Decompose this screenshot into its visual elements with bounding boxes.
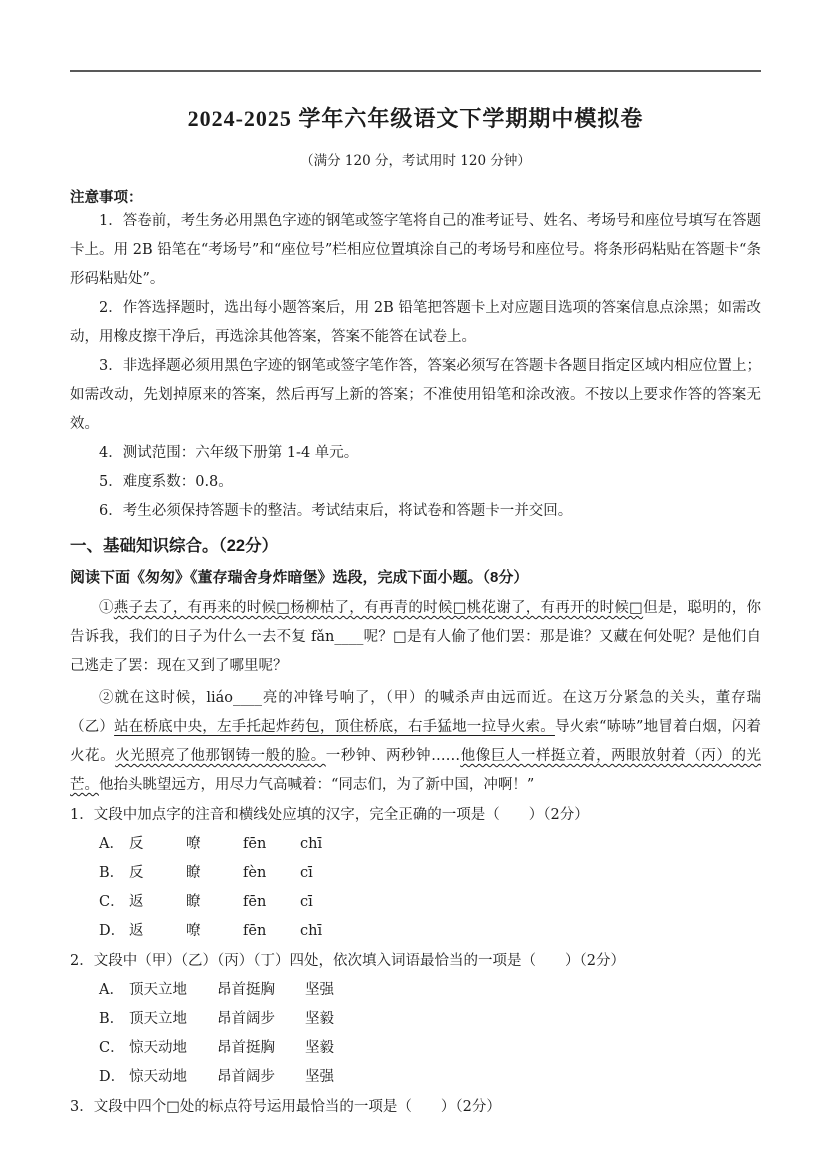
exam-subtitle: （满分 120 分，考试用时 120 分钟） xyxy=(70,149,761,169)
option-part: 嘹 xyxy=(186,917,243,946)
option-part: 瞭 xyxy=(186,859,243,888)
option-part: 惊天动地 xyxy=(129,1063,217,1092)
option-part: 顶天立地 xyxy=(129,1005,217,1034)
option-part: cī xyxy=(300,859,357,888)
option-part: fèn xyxy=(243,859,300,888)
option-part: 嘹 xyxy=(186,830,243,859)
para2-text-3: 一秒钟、两秒钟…… xyxy=(326,748,460,764)
option-label: B． xyxy=(99,859,129,888)
option-label: D． xyxy=(99,917,129,946)
section-heading: 一、基础知识综合。（22分） xyxy=(70,532,761,556)
notice-item-6: 6．考生必须保持答题卡的整洁。考试结束后，将试卷和答题卡一并交回。 xyxy=(70,497,761,526)
option-part: 昂首阔步 xyxy=(217,1063,305,1092)
option-part: 返 xyxy=(129,888,186,917)
notice-item-2: 2．作答选择题时，选出每小题答案后，用 2B 铅笔把答题卡上对应题目选项的答案信… xyxy=(70,294,761,352)
notice-item-3: 3．非选择题必须用黑色字迹的钢笔或签字笔作答，答案必须写在答题卡各题目指定区域内… xyxy=(70,352,761,439)
question-1-option-a: A．反嘹fēnchī xyxy=(99,830,761,859)
para1-wavy-underlined-text: 燕子去了，有再来的时候□杨柳枯了，有再青的时候□桃花谢了，有再开的时候□ xyxy=(114,600,643,616)
option-part: fēn xyxy=(243,917,300,946)
passage-paragraph-2: ②就在这时候，liáo____亮的冲锋号响了，（甲）的喊杀声由远而近。在这万分紧… xyxy=(70,684,761,800)
question-2-option-c: C．惊天动地昂首挺胸坚毅 xyxy=(99,1034,761,1063)
question-1-options: A．反嘹fēnchī B．反瞭fèncī C．返瞭fēncī D．返嘹fēnch… xyxy=(70,830,761,946)
notice-item-4: 4．测试范围：六年级下册第 1-4 单元。 xyxy=(70,439,761,468)
question-2-option-a: A．顶天立地昂首挺胸坚强 xyxy=(99,976,761,1005)
question-1-option-d: D．返嘹fēnchī xyxy=(99,917,761,946)
option-part: 坚强 xyxy=(305,976,393,1005)
option-part: 坚强 xyxy=(305,1063,393,1092)
exam-paper-page: 2024-2025 学年六年级语文下学期期中模拟卷 （满分 120 分，考试用时… xyxy=(0,70,827,1122)
option-part: 昂首挺胸 xyxy=(217,1034,305,1063)
para2-wavy-underlined-text-1: 火光照亮了他那钢铸一般的脸。 xyxy=(115,748,326,764)
option-part: chī xyxy=(300,917,357,946)
question-1-option-b: B．反瞭fèncī xyxy=(99,859,761,888)
exam-title: 2024-2025 学年六年级语文下学期期中模拟卷 xyxy=(70,102,761,133)
option-part: 瞭 xyxy=(186,888,243,917)
option-part: 返 xyxy=(129,917,186,946)
para2-text-4: 他抬头眺望远方，用尽力气高喊着：“同志们，为了新中国，冲啊！” xyxy=(99,777,534,793)
option-part: 反 xyxy=(129,830,186,859)
question-2-stem: 2．文段中（甲）（乙）（丙）（丁）四处，依次填入词语最恰当的一项是（ ）（2分） xyxy=(70,947,761,976)
notice-item-5: 5．难度系数：0.8。 xyxy=(70,468,761,497)
option-part: 惊天动地 xyxy=(129,1034,217,1063)
question-2-option-d: D．惊天动地昂首阔步坚强 xyxy=(99,1063,761,1092)
option-label: B． xyxy=(99,1005,129,1034)
option-part: 坚毅 xyxy=(305,1034,393,1063)
para2-straight-underlined-text: 站在桥底中央，左手托起炸药包，顶住桥底，右手猛地一拉导火索。 xyxy=(114,719,555,735)
question-2-options: A．顶天立地昂首挺胸坚强 B．顶天立地昂首阔步坚毅 C．惊天动地昂首挺胸坚毅 D… xyxy=(70,976,761,1092)
question-3-stem: 3．文段中四个□处的标点符号运用最恰当的一项是（ ）（2分） xyxy=(70,1093,761,1122)
header-divider xyxy=(70,70,761,72)
option-label: C． xyxy=(99,888,129,917)
question-1-option-c: C．返瞭fēncī xyxy=(99,888,761,917)
option-label: A． xyxy=(99,830,129,859)
option-part: 昂首挺胸 xyxy=(217,976,305,1005)
option-part: 反 xyxy=(129,859,186,888)
option-part: fēn xyxy=(243,830,300,859)
question-1-stem: 1．文段中加点字的注音和横线处应填的汉字，完全正确的一项是（ ）（2分） xyxy=(70,801,761,830)
question-2-option-b: B．顶天立地昂首阔步坚毅 xyxy=(99,1005,761,1034)
option-part: fēn xyxy=(243,888,300,917)
option-part: chī xyxy=(300,830,357,859)
option-part: 顶天立地 xyxy=(129,976,217,1005)
option-part: 坚毅 xyxy=(305,1005,393,1034)
option-part: 昂首阔步 xyxy=(217,1005,305,1034)
notice-item-1: 1．答卷前，考生务必用黑色字迹的钢笔或签字笔将自己的准考证号、姓名、考场号和座位… xyxy=(70,207,761,294)
para1-number: ① xyxy=(99,600,114,616)
notice-heading: 注意事项： xyxy=(70,186,761,207)
passage-paragraph-1: ①燕子去了，有再来的时候□杨柳枯了，有再青的时候□桃花谢了，有再开的时候□但是，… xyxy=(70,594,761,681)
option-label: C． xyxy=(99,1034,129,1063)
option-part: cī xyxy=(300,888,357,917)
option-label: A． xyxy=(99,976,129,1005)
option-label: D． xyxy=(99,1063,129,1092)
reading-instruction: 阅读下面《匆匆》《董存瑞舍身炸暗堡》选段，完成下面小题。（8分） xyxy=(70,565,761,591)
